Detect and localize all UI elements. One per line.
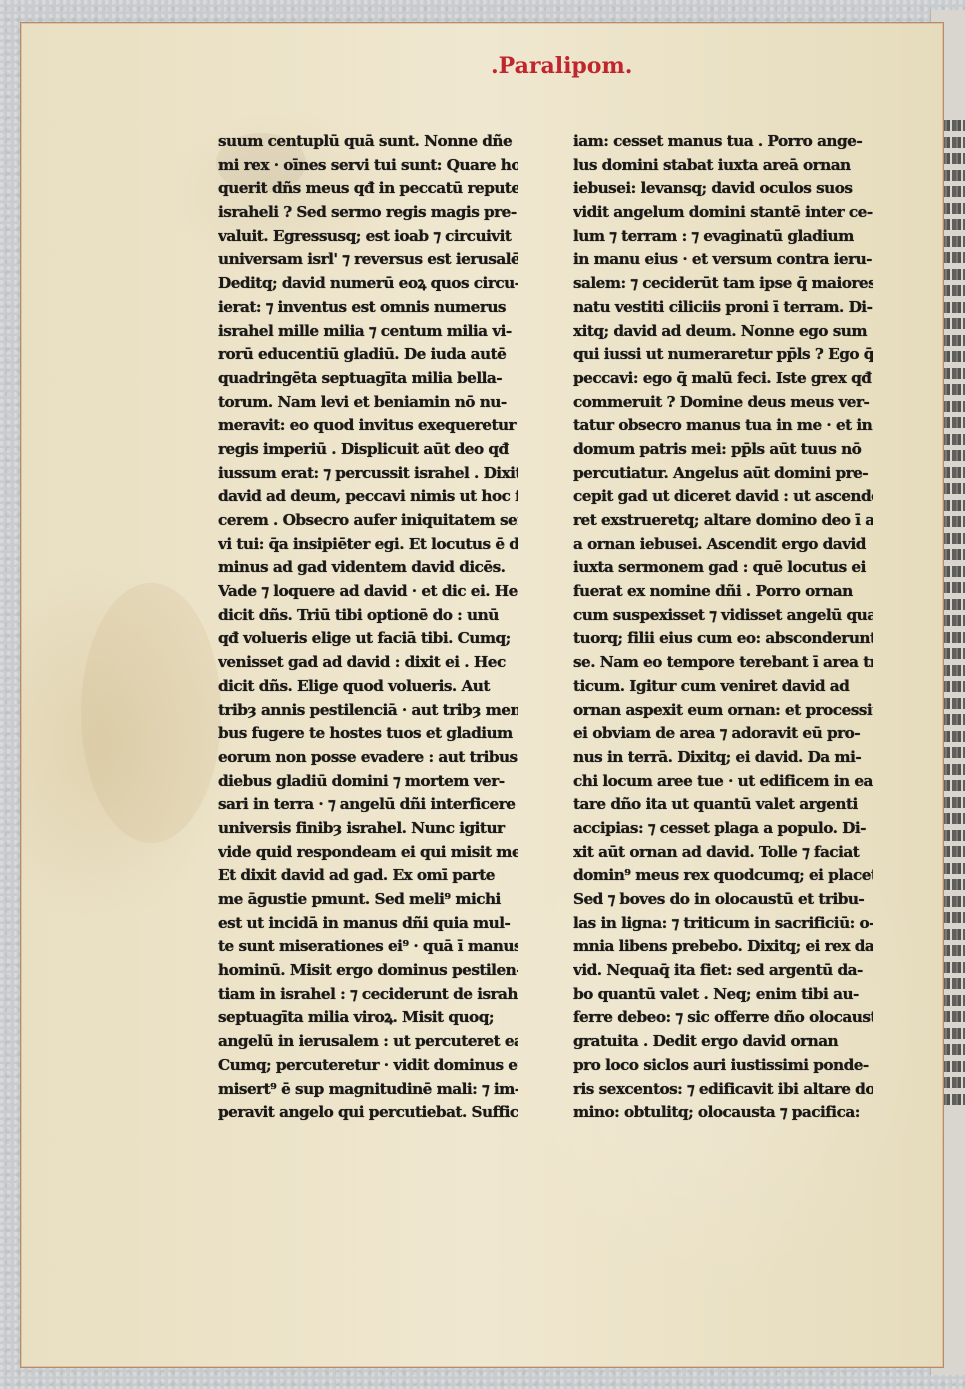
text-line: regis imperiū . Displicuit aūt deo qđ [218,438,518,462]
text-line: Vade ⁊ loquere ad david · et dic ei. Hec [218,580,518,604]
text-line: ris sexcentos: ⁊ edificavit ibi altare d… [573,1078,873,1102]
text-line: pro loco siclos auri iustissimi ponde- [573,1054,873,1078]
text-line: peccavi: ego q̄ malū feci. Iste grex qđ [573,367,873,391]
text-line: suum centuplū quā sunt. Nonne dñe [218,130,518,154]
text-line: quadringēta septuagīta milia bella- [218,367,518,391]
adjacent-text-line [941,450,965,461]
adjacent-text-line [941,1044,965,1055]
text-line: Et dixit david ad gad. Ex omī parte [218,864,518,888]
text-line: ferre debeo: ⁊ sic offerre dño olocausta [573,1006,873,1030]
text-line: vidit angelum domini stantē inter ce- [573,201,873,225]
text-line: ierat: ⁊ inventus est omnis numerus [218,296,518,320]
text-line: bo quantū valet . Neq; enim tibi au- [573,983,873,1007]
adjacent-text-line [941,137,965,148]
adjacent-text-line [941,945,965,956]
text-line: natu vestiti ciliciis proni ī terram. Di… [573,296,873,320]
text-line: commeruit ? Domine deus meus ver- [573,391,873,415]
text-line: cerem . Obsecro aufer iniquitatem ser- [218,509,518,533]
adjacent-text-line [941,368,965,379]
text-line: vide quid respondeam ei qui misit me. [218,841,518,865]
text-line: peravit angelo qui percutiebat. Sufficit [218,1101,518,1125]
adjacent-text-line [941,566,965,577]
text-line: eorum non posse evadere : aut tribus [218,746,518,770]
text-line: est ut incidā in manus dñi quia mul- [218,912,518,936]
text-line: cepit gad ut diceret david : ut ascende- [573,485,873,509]
text-line: qui iussi ut numeraretur pp̄ls ? Ego q̄ [573,343,873,367]
adjacent-text-line [941,846,965,857]
adjacent-text-line [941,434,965,445]
text-line: me āgustie pmunt. Sed meli⁹ michi [218,888,518,912]
text-line: domum patris mei: pp̄ls aūt tuus nō [573,438,873,462]
text-line: ei obviam de area ⁊ adoravit eū pro- [573,722,873,746]
adjacent-text-line [941,302,965,313]
text-line: Sed ⁊ boves do in olocaustū et tribu- [573,888,873,912]
adjacent-text-line [941,714,965,725]
adjacent-text-line [941,912,965,923]
adjacent-text-line [941,285,965,296]
text-line: angelū in ierusalem : ut percuteret eam. [218,1030,518,1054]
adjacent-text-line [941,747,965,758]
text-line: nus in terrā. Dixitq; ei david. Da mi- [573,746,873,770]
adjacent-text-line [941,335,965,346]
adjacent-text-line [941,648,965,659]
adjacent-text-line [941,632,965,643]
text-line: xitq; david ad deum. Nonne ego sum [573,320,873,344]
text-line: gratuita . Dedit ergo david ornan [573,1030,873,1054]
text-column-right: iam: cesset manus tua . Porro ange-lus d… [573,130,873,1125]
text-column-left: suum centuplū quā sunt. Nonne dñemi rex … [218,130,518,1125]
text-line: universis finibȝ israhel. Nunc igitur [218,817,518,841]
adjacent-text-line [941,516,965,527]
adjacent-text-line [941,896,965,907]
adjacent-text-line [941,467,965,478]
adjacent-text-line [941,252,965,263]
text-line: xit aūt ornan ad david. Tolle ⁊ faciat [573,841,873,865]
text-line: accipias: ⁊ cesset plaga a populo. Di- [573,817,873,841]
adjacent-text-line [941,500,965,511]
adjacent-text-line [941,533,965,544]
text-line: rorū educentiū gladiū. De iuda autē [218,343,518,367]
text-line: domin⁹ meus rex quodcumq; ei placet [573,864,873,888]
text-line: se. Nam eo tempore terebant ī area tri- [573,651,873,675]
adjacent-text-line [941,995,965,1006]
text-line: ornan aspexit eum ornan: et processit [573,699,873,723]
adjacent-text-line [941,681,965,692]
text-line: mnia libens prebebo. Dixitq; ei rex da- [573,935,873,959]
manuscript-page: .Paralipom. suum centuplū quā sunt. Nonn… [20,22,944,1368]
text-line: mino: obtulitq; olocausta ⁊ pacifica: [573,1101,873,1125]
adjacent-text-line [941,236,965,247]
adjacent-text-line [941,879,965,890]
text-line: tare dño ita ut quantū valet argenti [573,793,873,817]
text-line: querit dñs meus qđ in peccatū reputet [218,177,518,201]
adjacent-text-line [941,962,965,973]
text-line: iam: cesset manus tua . Porro ange- [573,130,873,154]
text-line: bus fugere te hostes tuos et gladium [218,722,518,746]
text-line: david ad deum, peccavi nimis ut hoc fa- [218,485,518,509]
adjacent-text-line [941,665,965,676]
adjacent-text-line [941,813,965,824]
adjacent-text-line [941,219,965,230]
text-line: salem: ⁊ ceciderūt tam ipse q̄ maiores [573,272,873,296]
text-line: septuagīta milia viroꝝ. Misit quoq; [218,1006,518,1030]
text-line: tuorq; filii eius cum eo: absconderunt [573,627,873,651]
adjacent-text-line [941,483,965,494]
text-line: universam isrl' ⁊ reversus est ierusalē. [218,248,518,272]
adjacent-text-line [941,1077,965,1088]
text-line: Cumq; percuteretur · vidit dominus et [218,1054,518,1078]
adjacent-text-line [941,351,965,362]
text-line: israhel mille milia ⁊ centum milia vi- [218,320,518,344]
adjacent-text-line [941,384,965,395]
adjacent-text-line [941,863,965,874]
text-line: israheli ? Sed sermo regis magis pre- [218,201,518,225]
text-line: misert⁹ ē sup magnitudinē mali: ⁊ im- [218,1078,518,1102]
text-line: meravit: eo quod invitus exequeretur [218,414,518,438]
adjacent-text-line [941,153,965,164]
adjacent-text-line [941,1061,965,1072]
text-line: tribȝ annis pestilenciā · aut tribȝ mens… [218,699,518,723]
adjacent-text-line [941,203,965,214]
text-line: lum ⁊ terram : ⁊ evaginatū gladium [573,225,873,249]
text-line: dicit dñs. Elige quod volueris. Aut [218,675,518,699]
text-line: iebusei: levansq; david oculos suos [573,177,873,201]
adjacent-text-line [941,764,965,775]
text-line: cum suspexisset ⁊ vidisset angelū qua- [573,604,873,628]
adjacent-text-line [941,731,965,742]
text-line: vid. Nequaq̄ ita fiet: sed argentū da- [573,959,873,983]
adjacent-text-line [941,1028,965,1039]
text-line: ret exstrueretq; altare domino deo ī are… [573,509,873,533]
adjacent-text-line [941,186,965,197]
adjacent-text-line [941,401,965,412]
text-line: iussum erat: ⁊ percussit israhel . Dixit… [218,462,518,486]
running-head: .Paralipom. [491,53,621,79]
text-line: venisset gad ad david : dixit ei . Hec [218,651,518,675]
text-line: valuit. Egressusq; est ioab ⁊ circuivit [218,225,518,249]
text-line: minus ad gad videntem david dicēs. [218,556,518,580]
text-line: tatur obsecro manus tua in me · et in [573,414,873,438]
text-line: Deditq; david numerū eoꝝ quos circu- [218,272,518,296]
text-line: torum. Nam levi et beniamin nō nu- [218,391,518,415]
adjacent-text-line [941,780,965,791]
text-line: hominū. Misit ergo dominus pestilen- [218,959,518,983]
text-line: ticum. Igitur cum veniret david ad [573,675,873,699]
adjacent-text-line [941,120,965,131]
adjacent-text-line [941,170,965,181]
adjacent-page-text-column [941,120,965,1125]
adjacent-text-line [941,615,965,626]
text-line: chi locum aree tue · ut edificem in ea a… [573,770,873,794]
adjacent-text-line [941,698,965,709]
adjacent-text-line [941,1094,965,1105]
adjacent-text-line [941,269,965,280]
text-line: tiam in israhel : ⁊ ceciderunt de israhe… [218,983,518,1007]
text-line: dicit dñs. Triū tibi optionē do : unū [218,604,518,628]
adjacent-text-line [941,1011,965,1022]
adjacent-text-line [941,830,965,841]
adjacent-text-line [941,582,965,593]
text-line: lus domini stabat iuxta areā ornan [573,154,873,178]
text-line: percutiatur. Angelus aūt domini pre- [573,462,873,486]
text-line: te sunt miserationes ei⁹ · quā ī manus [218,935,518,959]
adjacent-text-line [941,417,965,428]
adjacent-text-line [941,929,965,940]
adjacent-text-line [941,797,965,808]
text-line: fuerat ex nomine dñi . Porro ornan [573,580,873,604]
adjacent-text-line [941,978,965,989]
text-line: mi rex · oīnes servi tui sunt: Quare hoc [218,154,518,178]
text-line: in manu eius · et versum contra ieru- [573,248,873,272]
adjacent-text-line [941,599,965,610]
text-line: sari in terra · ⁊ angelū dñi interficere… [218,793,518,817]
adjacent-text-line [941,318,965,329]
text-line: iuxta sermonem gad : quē locutus ei [573,556,873,580]
text-line: las in ligna: ⁊ triticum in sacrificiū: … [573,912,873,936]
foxing-stain [81,583,221,843]
text-line: a ornan iebusei. Ascendit ergo david [573,533,873,557]
text-line: qđ volueris elige ut faciā tibi. Cumq; [218,627,518,651]
text-line: vi tui: q̄a insipiēter egi. Et locutus ē… [218,533,518,557]
adjacent-text-line [941,549,965,560]
text-line: diebus gladiū domini ⁊ mortem ver- [218,770,518,794]
